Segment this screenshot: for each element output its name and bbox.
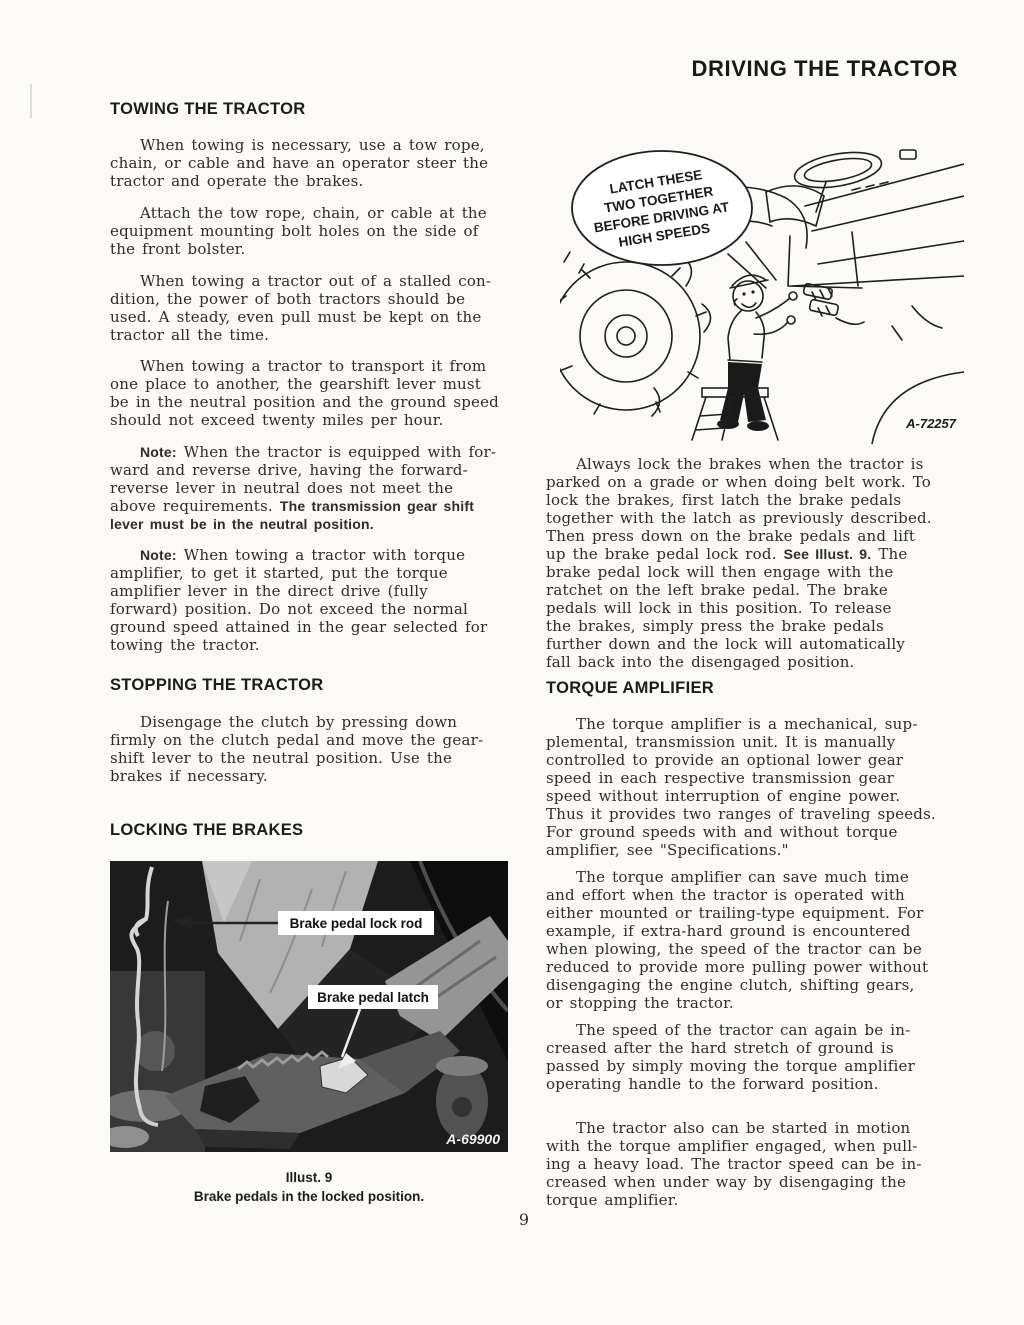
paragraph-torque-3: The speed of the tractor can again be in… <box>546 1021 958 1093</box>
photo-id: A-69900 <box>445 1131 500 1147</box>
paragraph-stopping: Disengage the clutch by pressing down fi… <box>110 713 512 785</box>
note-label: Note: <box>140 444 177 460</box>
cartoon-id: A-72257 <box>905 416 957 431</box>
paragraph-torque-4: The tractor also can be started in motio… <box>546 1119 958 1209</box>
body-text: The brake pedal lock will then engage wi… <box>546 545 908 671</box>
latch-cartoon-art: LATCH THESE TWO TOGETHER BEFORE DRIVING … <box>560 136 964 444</box>
figure-caption-number: Illust. 9 <box>110 1168 508 1187</box>
brake-pedals-photo: Brake pedal lock rod Brake pedal latch A… <box>110 861 508 1152</box>
note-label: Note: <box>140 547 177 563</box>
paragraph-always-lock: Always lock the brakes when the tractor … <box>546 455 958 671</box>
section-heading-torque: TORQUE AMPLIFIER <box>546 679 714 698</box>
brake-pedals-photo-art: Brake pedal lock rod Brake pedal latch A… <box>110 861 508 1152</box>
note-paragraph-1: Note: When the tractor is equipped with … <box>110 443 512 533</box>
figure-caption-text: Brake pedals in the locked position. <box>110 1187 508 1206</box>
paragraph-towing-4: When towing a tractor to transport it fr… <box>110 357 512 429</box>
paragraph-torque-2: The torque amplifier can save much time … <box>546 868 958 1012</box>
section-heading-locking: LOCKING THE BRAKES <box>110 821 303 840</box>
note-paragraph-2: Note: When towing a tractor with torque … <box>110 546 512 654</box>
latch-cartoon-illustration: LATCH THESE TWO TOGETHER BEFORE DRIVING … <box>560 136 964 444</box>
manual-page: DRIVING THE TRACTOR TOWING THE TRACTOR W… <box>0 0 1024 1325</box>
paragraph-towing-1: When towing is necessary, use a tow rope… <box>110 136 512 190</box>
paragraph-towing-3: When towing a tractor out of a stalled c… <box>110 272 512 344</box>
see-illust-ref: See Illust. 9. <box>784 546 872 562</box>
page-number: 9 <box>512 1210 536 1229</box>
paragraph-torque-1: The torque amplifier is a mechanical, su… <box>546 715 958 859</box>
paragraph-towing-2: Attach the tow rope, chain, or cable at … <box>110 204 512 258</box>
photo-label-lock-rod: Brake pedal lock rod <box>290 916 423 931</box>
section-heading-stopping: STOPPING THE TRACTOR <box>110 676 324 695</box>
photo-label-latch: Brake pedal latch <box>317 990 429 1005</box>
section-heading-towing: TOWING THE TRACTOR <box>110 100 305 119</box>
page-title: DRIVING THE TRACTOR <box>546 56 958 82</box>
scan-artifact <box>30 84 32 118</box>
